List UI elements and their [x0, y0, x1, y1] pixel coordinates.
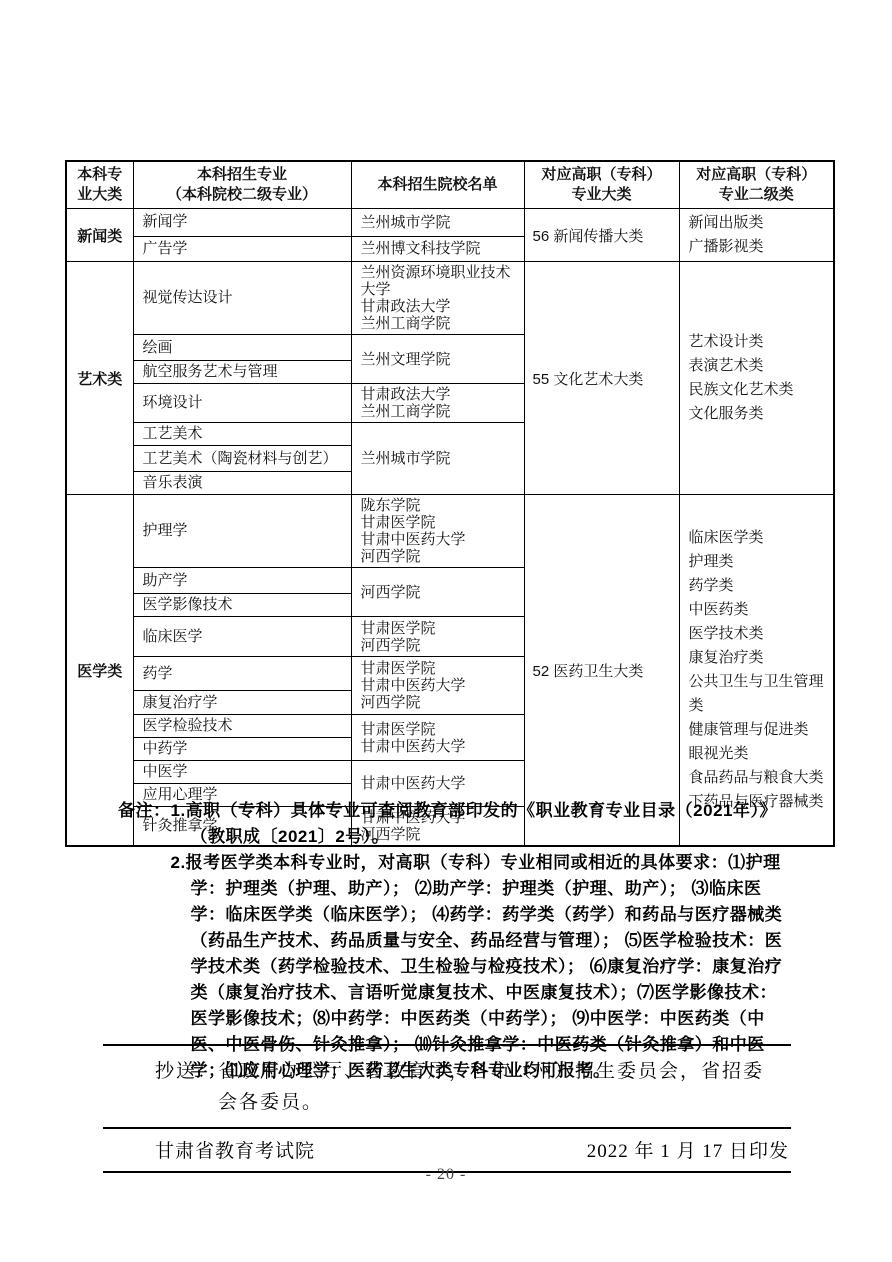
major-cell: 康复治疗学 [133, 691, 351, 715]
schools-cell: 兰州城市学院 [351, 209, 524, 237]
notes-label: 备注： [118, 798, 171, 1084]
header-undergrad-category: 本科专 业大类 [66, 161, 133, 209]
cc-label: 抄送： [155, 1056, 218, 1118]
cc-text: 省政府办公厅、省教育厅，各市（州）招生委员会，省招委会各委员。 [218, 1056, 774, 1118]
major-cell: 药学 [133, 657, 351, 691]
schools-cell: 陇东学院 甘肃医学院 甘肃中医药大学 河西学院 [351, 495, 524, 568]
page-number: - 20 - [0, 1166, 892, 1184]
major-cell: 护理学 [133, 495, 351, 568]
major-cell: 中医学 [133, 761, 351, 784]
schools-cell: 甘肃医学院 河西学院 [351, 617, 524, 657]
major-cell: 航空服务艺术与管理 [133, 361, 351, 384]
header-school-list: 本科招生院校名单 [351, 161, 524, 209]
document-footer: 抄送： 省政府办公厅、省教育厅，各市（州）招生委员会，省招委会各委员。 甘肃省教… [103, 1044, 791, 1173]
major-cell: 医学检验技术 [133, 715, 351, 738]
table-row: 艺术类 视觉传达设计 兰州资源环境职业技术大学 甘肃政法大学 兰州工商学院 55… [66, 262, 834, 335]
major-cell: 环境设计 [133, 384, 351, 423]
vocational-class-cell: 56 新闻传播大类 [524, 209, 679, 262]
header-vocational-secondary: 对应高职（专科） 专业二级类 [679, 161, 834, 209]
major-cell: 医学影像技术 [133, 594, 351, 617]
major-cell: 绘画 [133, 335, 351, 361]
major-cell: 新闻学 [133, 209, 351, 237]
table-row: 医学类 护理学 陇东学院 甘肃医学院 甘肃中医药大学 河西学院 52 医药卫生大… [66, 495, 834, 568]
secondary-class-cell: 艺术设计类 表演艺术类 民族文化艺术类 文化服务类 [679, 262, 834, 495]
majors-mapping-table: 本科专 业大类 本科招生专业 （本科院校二级专业） 本科招生院校名单 对应高职（… [65, 160, 835, 847]
major-cell: 临床医学 [133, 617, 351, 657]
schools-cell: 甘肃医学院 甘肃中医药大学 [351, 715, 524, 761]
notes-block: 备注： 1.高职（专科）具体专业可查阅教育部印发的《职业教育专业目录（2021年… [118, 798, 794, 1084]
schools-cell: 兰州博文科技学院 [351, 236, 524, 261]
major-cell: 工艺美术 [133, 423, 351, 446]
schools-cell: 河西学院 [351, 568, 524, 617]
table-row: 新闻类 新闻学 兰州城市学院 56 新闻传播大类 新闻出版类 广播影视类 [66, 209, 834, 237]
major-cell: 视觉传达设计 [133, 262, 351, 335]
major-cell: 中药学 [133, 738, 351, 761]
schools-cell: 兰州城市学院 [351, 423, 524, 495]
header-vocational-class: 对应高职（专科） 专业大类 [524, 161, 679, 209]
notes-body: 1.高职（专科）具体专业可查阅教育部印发的《职业教育专业目录（2021年）》（教… [171, 798, 795, 1084]
category-cell: 医学类 [66, 495, 133, 847]
schools-cell: 甘肃医学院 甘肃中医药大学 河西学院 [351, 657, 524, 715]
category-cell: 艺术类 [66, 262, 133, 495]
secondary-class-cell: 临床医学类 护理类 药学类 中医药类 医学技术类 康复治疗类 公共卫生与卫生管理… [679, 495, 834, 847]
major-cell: 广告学 [133, 236, 351, 261]
major-cell: 工艺美术（陶瓷材料与创艺） [133, 446, 351, 472]
major-cell: 助产学 [133, 568, 351, 594]
issuer-name: 甘肃省教育考试院 [155, 1136, 315, 1163]
category-cell: 新闻类 [66, 209, 133, 262]
secondary-class-cell: 新闻出版类 广播影视类 [679, 209, 834, 262]
major-cell: 音乐表演 [133, 472, 351, 495]
schools-cell: 兰州资源环境职业技术大学 甘肃政法大学 兰州工商学院 [351, 262, 524, 335]
vocational-class-cell: 52 医药卫生大类 [524, 495, 679, 847]
print-date: 2022 年 1 月 17 日印发 [587, 1136, 789, 1163]
table-header-row: 本科专 业大类 本科招生专业 （本科院校二级专业） 本科招生院校名单 对应高职（… [66, 161, 834, 209]
cc-row: 抄送： 省政府办公厅、省教育厅，各市（州）招生委员会，省招委会各委员。 [103, 1046, 791, 1127]
schools-cell: 甘肃政法大学 兰州工商学院 [351, 384, 524, 423]
issue-row: 甘肃省教育考试院 2022 年 1 月 17 日印发 [103, 1129, 791, 1171]
note-item-1: 1.高职（专科）具体专业可查阅教育部印发的《职业教育专业目录（2021年）》（教… [171, 798, 795, 850]
document-page: 本科专 业大类 本科招生专业 （本科院校二级专业） 本科招生院校名单 对应高职（… [0, 0, 892, 1262]
schools-cell: 兰州文理学院 [351, 335, 524, 384]
vocational-class-cell: 55 文化艺术大类 [524, 262, 679, 495]
header-undergrad-major: 本科招生专业 （本科院校二级专业） [133, 161, 351, 209]
